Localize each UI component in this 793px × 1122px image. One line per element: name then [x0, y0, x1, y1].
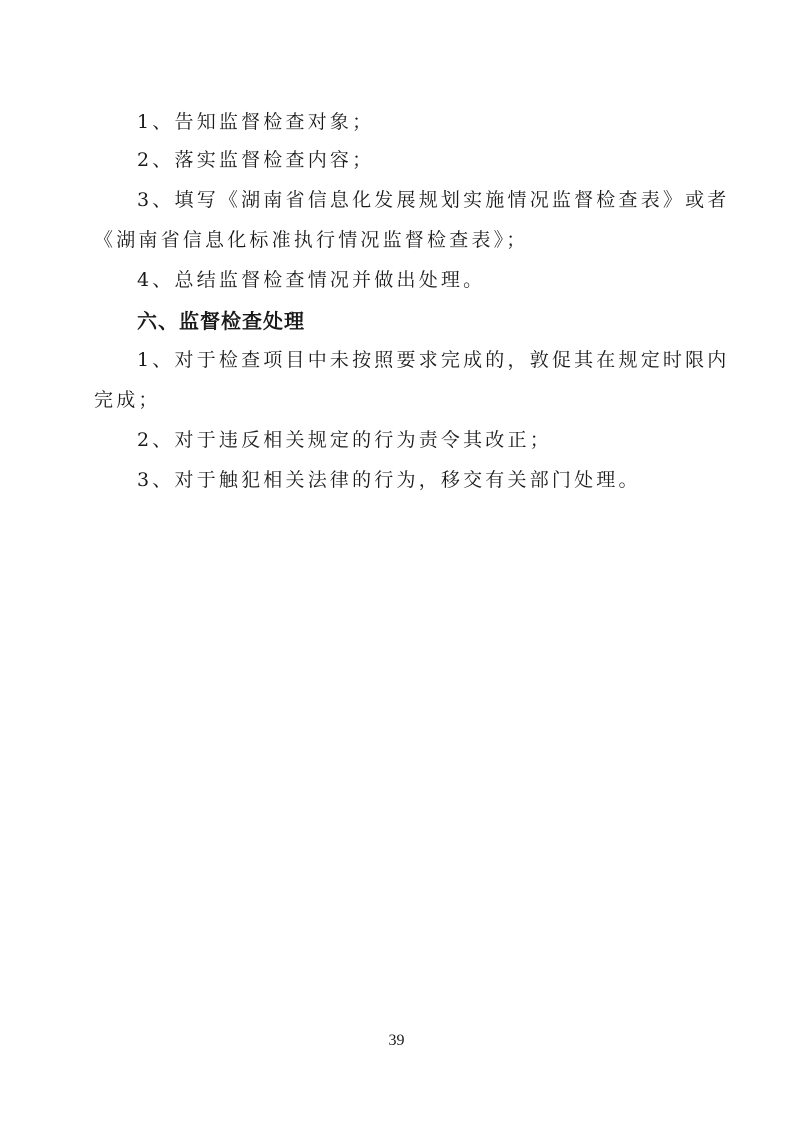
step-4-summarize: 4、总结监督检查情况并做出处理。	[137, 268, 485, 292]
step-1-notify: 1、告知监督检查对象；	[137, 110, 374, 134]
step-2-implement: 2、落实监督检查内容；	[137, 148, 374, 172]
step-3-fill-form-continued: 《湖南省信息化标准执行情况监督检查表》；	[94, 228, 529, 252]
handling-3: 3、对于触犯相关法律的行为，移交有关部门处理。	[137, 468, 641, 492]
page-number: 39	[0, 1032, 793, 1050]
handling-1: 1、对于检查项目中未按照要求完成的，敦促其在规定时限内	[137, 348, 730, 372]
handling-2: 2、对于违反相关规定的行为责令其改正；	[137, 428, 552, 452]
section-heading: 六、监督检查处理	[137, 309, 305, 333]
step-3-fill-form: 3、填写《湖南省信息化发展规划实施情况监督检查表》或者	[137, 188, 730, 212]
handling-1-continued: 完成；	[94, 388, 161, 412]
